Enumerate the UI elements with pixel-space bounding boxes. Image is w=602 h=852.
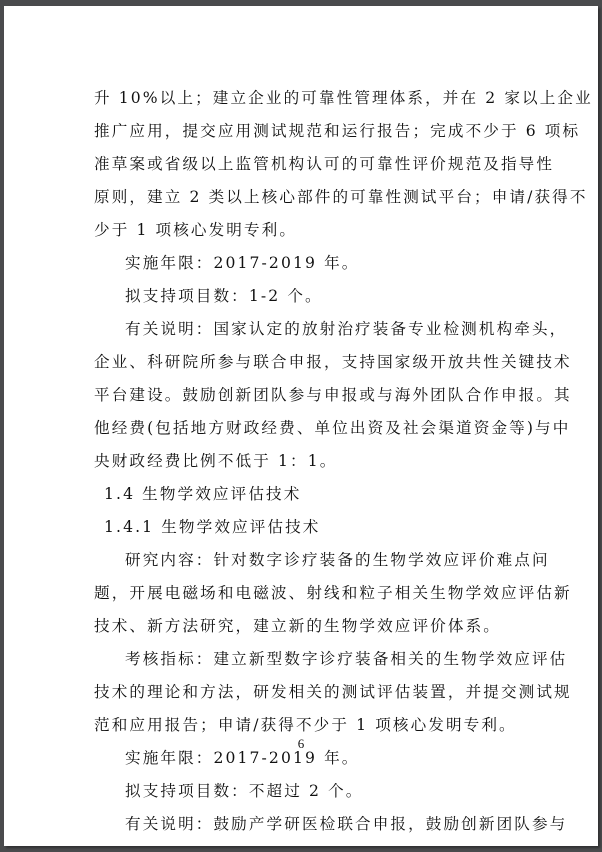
body-line: 技术、新方法研究，建立新的生物学效应评价体系。 <box>94 610 512 643</box>
notes-paragraph: 有关说明：鼓励产学研医检联合申报，鼓励创新团队参与 <box>94 808 512 841</box>
body-line: 少于 1 项核心发明专利。 <box>94 214 512 247</box>
body-line: 推广应用，提交应用测试规范和运行报告；完成不少于 6 项标 <box>94 115 512 148</box>
project-count: 拟支持项目数：1-2 个。 <box>94 280 512 313</box>
subsection-heading: 1.4.1 生物学效应评估技术 <box>94 511 512 544</box>
body-line: 央财政经费比例不低于 1：1。 <box>94 445 512 478</box>
body-line: 他经费(包括地方财政经费、单位出资及社会渠道资金等)与中 <box>94 412 512 445</box>
page-number: 6 <box>4 736 598 752</box>
notes-paragraph: 有关说明：国家认定的放射治疗装备专业检测机构牵头， <box>94 313 512 346</box>
body-line: 平台建设。鼓励创新团队参与申报或与海外团队合作申报。其 <box>94 379 512 412</box>
body-line: 准草案或省级以上监管机构认可的可靠性评价规范及指导性 <box>94 148 512 181</box>
project-count: 拟支持项目数：不超过 2 个。 <box>94 775 512 808</box>
research-content: 研究内容：针对数字诊疗装备的生物学效应评价难点问 <box>94 544 512 577</box>
body-line: 题，开展电磁场和电磁波、射线和粒子相关生物学效应评估新 <box>94 577 512 610</box>
body-line: 原则，建立 2 类以上核心部件的可靠性测试平台；申请/获得不 <box>94 181 512 214</box>
body-line: 升 10%以上；建立企业的可靠性管理体系，并在 2 家以上企业 <box>94 82 512 115</box>
document-page: 升 10%以上；建立企业的可靠性管理体系，并在 2 家以上企业 推广应用，提交应… <box>4 6 598 846</box>
assessment-indicators: 考核指标：建立新型数字诊疗装备相关的生物学效应评估 <box>94 643 512 676</box>
section-heading: 1.4 生物学效应评估技术 <box>94 478 512 511</box>
body-line: 企业、科研院所参与联合申报，支持国家级开放共性关键技术 <box>94 346 512 379</box>
implementation-period: 实施年限：2017-2019 年。 <box>94 247 512 280</box>
page-body: 升 10%以上；建立企业的可靠性管理体系，并在 2 家以上企业 推广应用，提交应… <box>94 82 512 841</box>
body-line: 技术的理论和方法，研发相关的测试评估装置，并提交测试规 <box>94 676 512 709</box>
